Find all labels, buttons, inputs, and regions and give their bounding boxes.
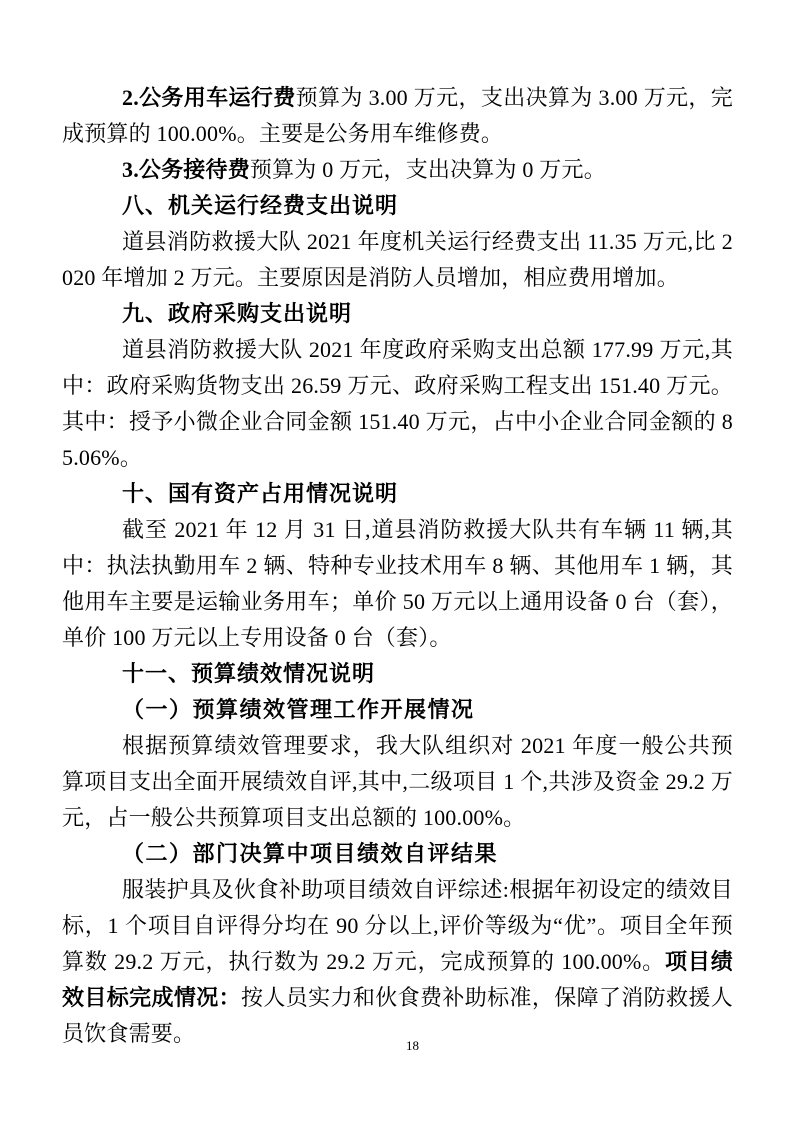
text-run: 根据预算绩效管理要求，我大队组织对 2021 年度一般公共预算项目支出全面开展绩… — [62, 733, 733, 830]
bold-text-run: 八、机关运行经费支出说明 — [122, 193, 398, 218]
paragraph: 根据预算绩效管理要求，我大队组织对 2021 年度一般公共预算项目支出全面开展绩… — [62, 728, 733, 836]
paragraph: 3.公务接待费预算为 0 万元，支出决算为 0 万元。 — [62, 152, 733, 188]
page-number: 18 — [16, 1038, 793, 1054]
bold-text-run: 十一、预算绩效情况说明 — [122, 661, 375, 686]
text-run: 道县消防救援大队 2021 年度政府采购支出总额 177.99 万元,其中：政府… — [62, 337, 733, 470]
text-run: 道县消防救援大队 2021 年度机关运行经费支出 11.35 万元,比 2020… — [62, 229, 733, 290]
bold-text-run: 3.公务接待费 — [122, 157, 250, 182]
section-heading: 八、机关运行经费支出说明 — [62, 188, 733, 224]
bold-text-run: （一）预算绩效管理工作开展情况 — [122, 697, 475, 722]
paragraph: 服装护具及伙食补助项目绩效自评综述:根据年初设定的绩效目标，1 个项目自评得分均… — [62, 872, 733, 1052]
document-page: 2.公务用车运行费预算为 3.00 万元，支出决算为 3.00 万元，完成预算的… — [0, 0, 793, 1122]
section-heading: 九、政府采购支出说明 — [62, 296, 733, 332]
subsection-heading: （二）部门决算中项目绩效自评结果 — [62, 836, 733, 872]
bold-text-run: 九、政府采购支出说明 — [122, 301, 352, 326]
paragraph: 道县消防救援大队 2021 年度机关运行经费支出 11.35 万元,比 2020… — [62, 224, 733, 296]
section-heading: 十、国有资产占用情况说明 — [62, 476, 733, 512]
text-run: 预算为 0 万元，支出决算为 0 万元。 — [250, 157, 606, 182]
document-body: 2.公务用车运行费预算为 3.00 万元，支出决算为 3.00 万元，完成预算的… — [62, 80, 733, 1052]
text-run: 服装护具及伙食补助项目绩效自评综述:根据年初设定的绩效目标，1 个项目自评得分均… — [62, 877, 733, 974]
bold-text-run: 2.公务用车运行费 — [122, 85, 296, 110]
bold-text-run: 十、国有资产占用情况说明 — [122, 481, 398, 506]
text-run: 截至 2021 年 12 月 31 日,道县消防救援大队共有车辆 11 辆,其中… — [62, 517, 733, 650]
section-heading: 十一、预算绩效情况说明 — [62, 656, 733, 692]
bold-text-run: （二）部门决算中项目绩效自评结果 — [122, 841, 498, 866]
paragraph: 2.公务用车运行费预算为 3.00 万元，支出决算为 3.00 万元，完成预算的… — [62, 80, 733, 152]
subsection-heading: （一）预算绩效管理工作开展情况 — [62, 692, 733, 728]
paragraph: 截至 2021 年 12 月 31 日,道县消防救援大队共有车辆 11 辆,其中… — [62, 512, 733, 656]
paragraph: 道县消防救援大队 2021 年度政府采购支出总额 177.99 万元,其中：政府… — [62, 332, 733, 476]
